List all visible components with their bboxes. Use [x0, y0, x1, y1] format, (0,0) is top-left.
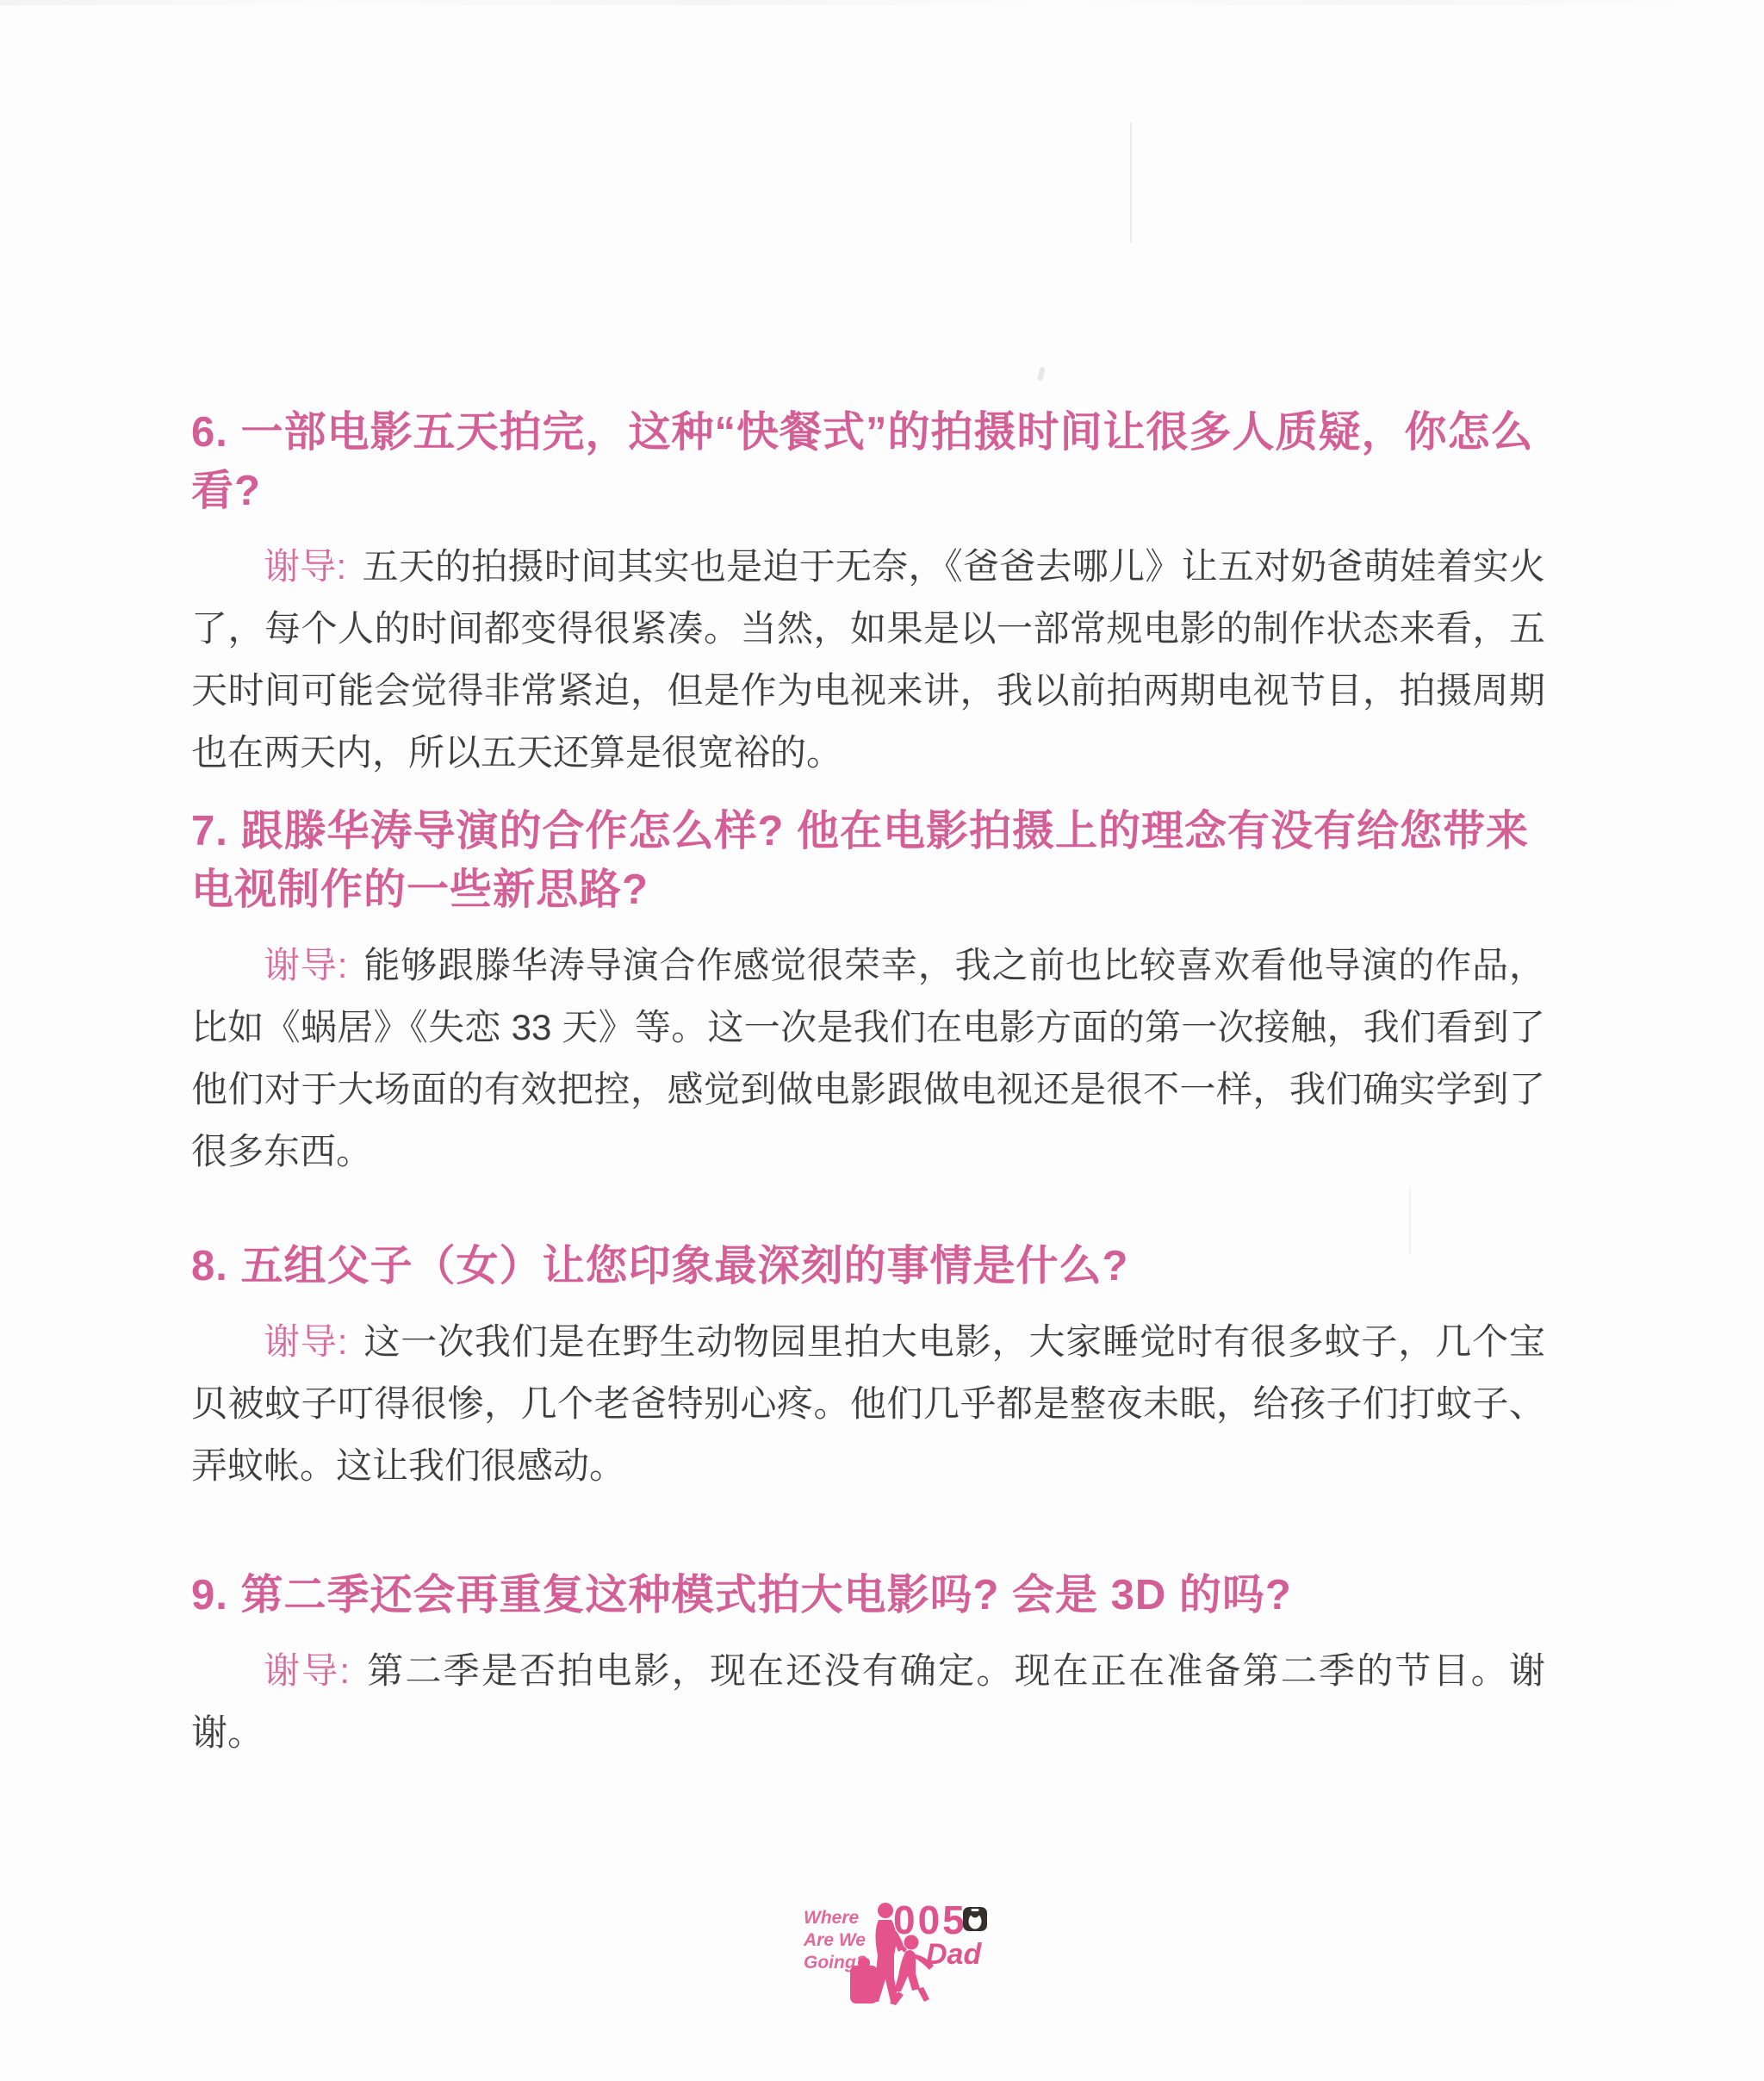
- scan-artifact-mark: [1037, 367, 1046, 382]
- question-heading-7: 7. 跟滕华涛导演的合作怎么样? 他在电影拍摄上的理念有没有给您带来电视制作的一…: [191, 802, 1545, 919]
- scan-artifact-top-strip: [0, 0, 1764, 5]
- answer-speaker-label: 谢导:: [264, 1321, 347, 1362]
- answer-speaker-label: 谢导:: [264, 546, 346, 587]
- answer-text: 五天的拍摄时间其实也是迫于无奈，《爸爸去哪儿》让五对奶爸萌娃着实火了，每个人的时…: [191, 546, 1545, 773]
- answer-paragraph-7: 谢导:能够跟滕华涛导演合作感觉很荣幸，我之前也比较喜欢看他导演的作品，比如《蜗居…: [191, 935, 1545, 1183]
- scan-artifact-vertical-line: [1130, 122, 1132, 243]
- qa-item-9: 9. 第二季还会再重复这种模式拍大电影吗? 会是 3D 的吗? 谢导:第二季是否…: [191, 1566, 1545, 1764]
- page-number: 005: [893, 1900, 967, 1940]
- answer-paragraph-6: 谢导:五天的拍摄时间其实也是迫于无奈，《爸爸去哪儿》让五对奶爸萌娃着实火了，每个…: [191, 536, 1545, 784]
- answer-text: 这一次我们是在野生动物园里拍大电影，大家睡觉时有很多蚊子，几个宝贝被蚊子叮得很惨…: [191, 1321, 1545, 1486]
- qa-item-8: 8. 五组父子（女）让您印象最深刻的事情是什么? 谢导:这一次我们是在野生动物园…: [191, 1237, 1545, 1497]
- question-heading-6: 6. 一部电影五天拍完，这种“快餐式”的拍摄时间让很多人质疑，你怎么看?: [191, 403, 1545, 520]
- qa-item-7: 7. 跟滕华涛导演的合作怎么样? 他在电影拍摄上的理念有没有给您带来电视制作的一…: [191, 802, 1545, 1183]
- footer-logo-cluster: Where Are We Going? 005: [797, 1895, 1003, 2016]
- question-heading-9: 9. 第二季还会再重复这种模式拍大电影吗? 会是 3D 的吗?: [191, 1566, 1545, 1624]
- answer-speaker-label: 谢导:: [264, 945, 347, 985]
- answer-text: 能够跟滕华涛导演合作感觉很荣幸，我之前也比较喜欢看他导演的作品，比如《蜗居》《失…: [191, 945, 1545, 1171]
- brand-dad-wordmark: Dad: [926, 1940, 981, 1969]
- qa-item-6: 6. 一部电影五天拍完，这种“快餐式”的拍摄时间让很多人质疑，你怎么看? 谢导:…: [191, 403, 1545, 784]
- answer-text: 第二季是否拍电影，现在还没有确定。现在正在准备第二季的节目。谢谢。: [191, 1650, 1545, 1753]
- book-page: 6. 一部电影五天拍完，这种“快餐式”的拍摄时间让很多人质疑，你怎么看? 谢导:…: [0, 0, 1764, 2081]
- answer-paragraph-9: 谢导:第二季是否拍电影，现在还没有确定。现在正在准备第二季的节目。谢谢。: [191, 1640, 1545, 1764]
- answer-speaker-label: 谢导:: [264, 1650, 350, 1691]
- answer-paragraph-8: 谢导:这一次我们是在野生动物园里拍大电影，大家睡觉时有很多蚊子，几个宝贝被蚊子叮…: [191, 1311, 1545, 1497]
- question-heading-8: 8. 五组父子（女）让您印象最深刻的事情是什么?: [191, 1237, 1545, 1295]
- publisher-logo-icon: [963, 1907, 987, 1931]
